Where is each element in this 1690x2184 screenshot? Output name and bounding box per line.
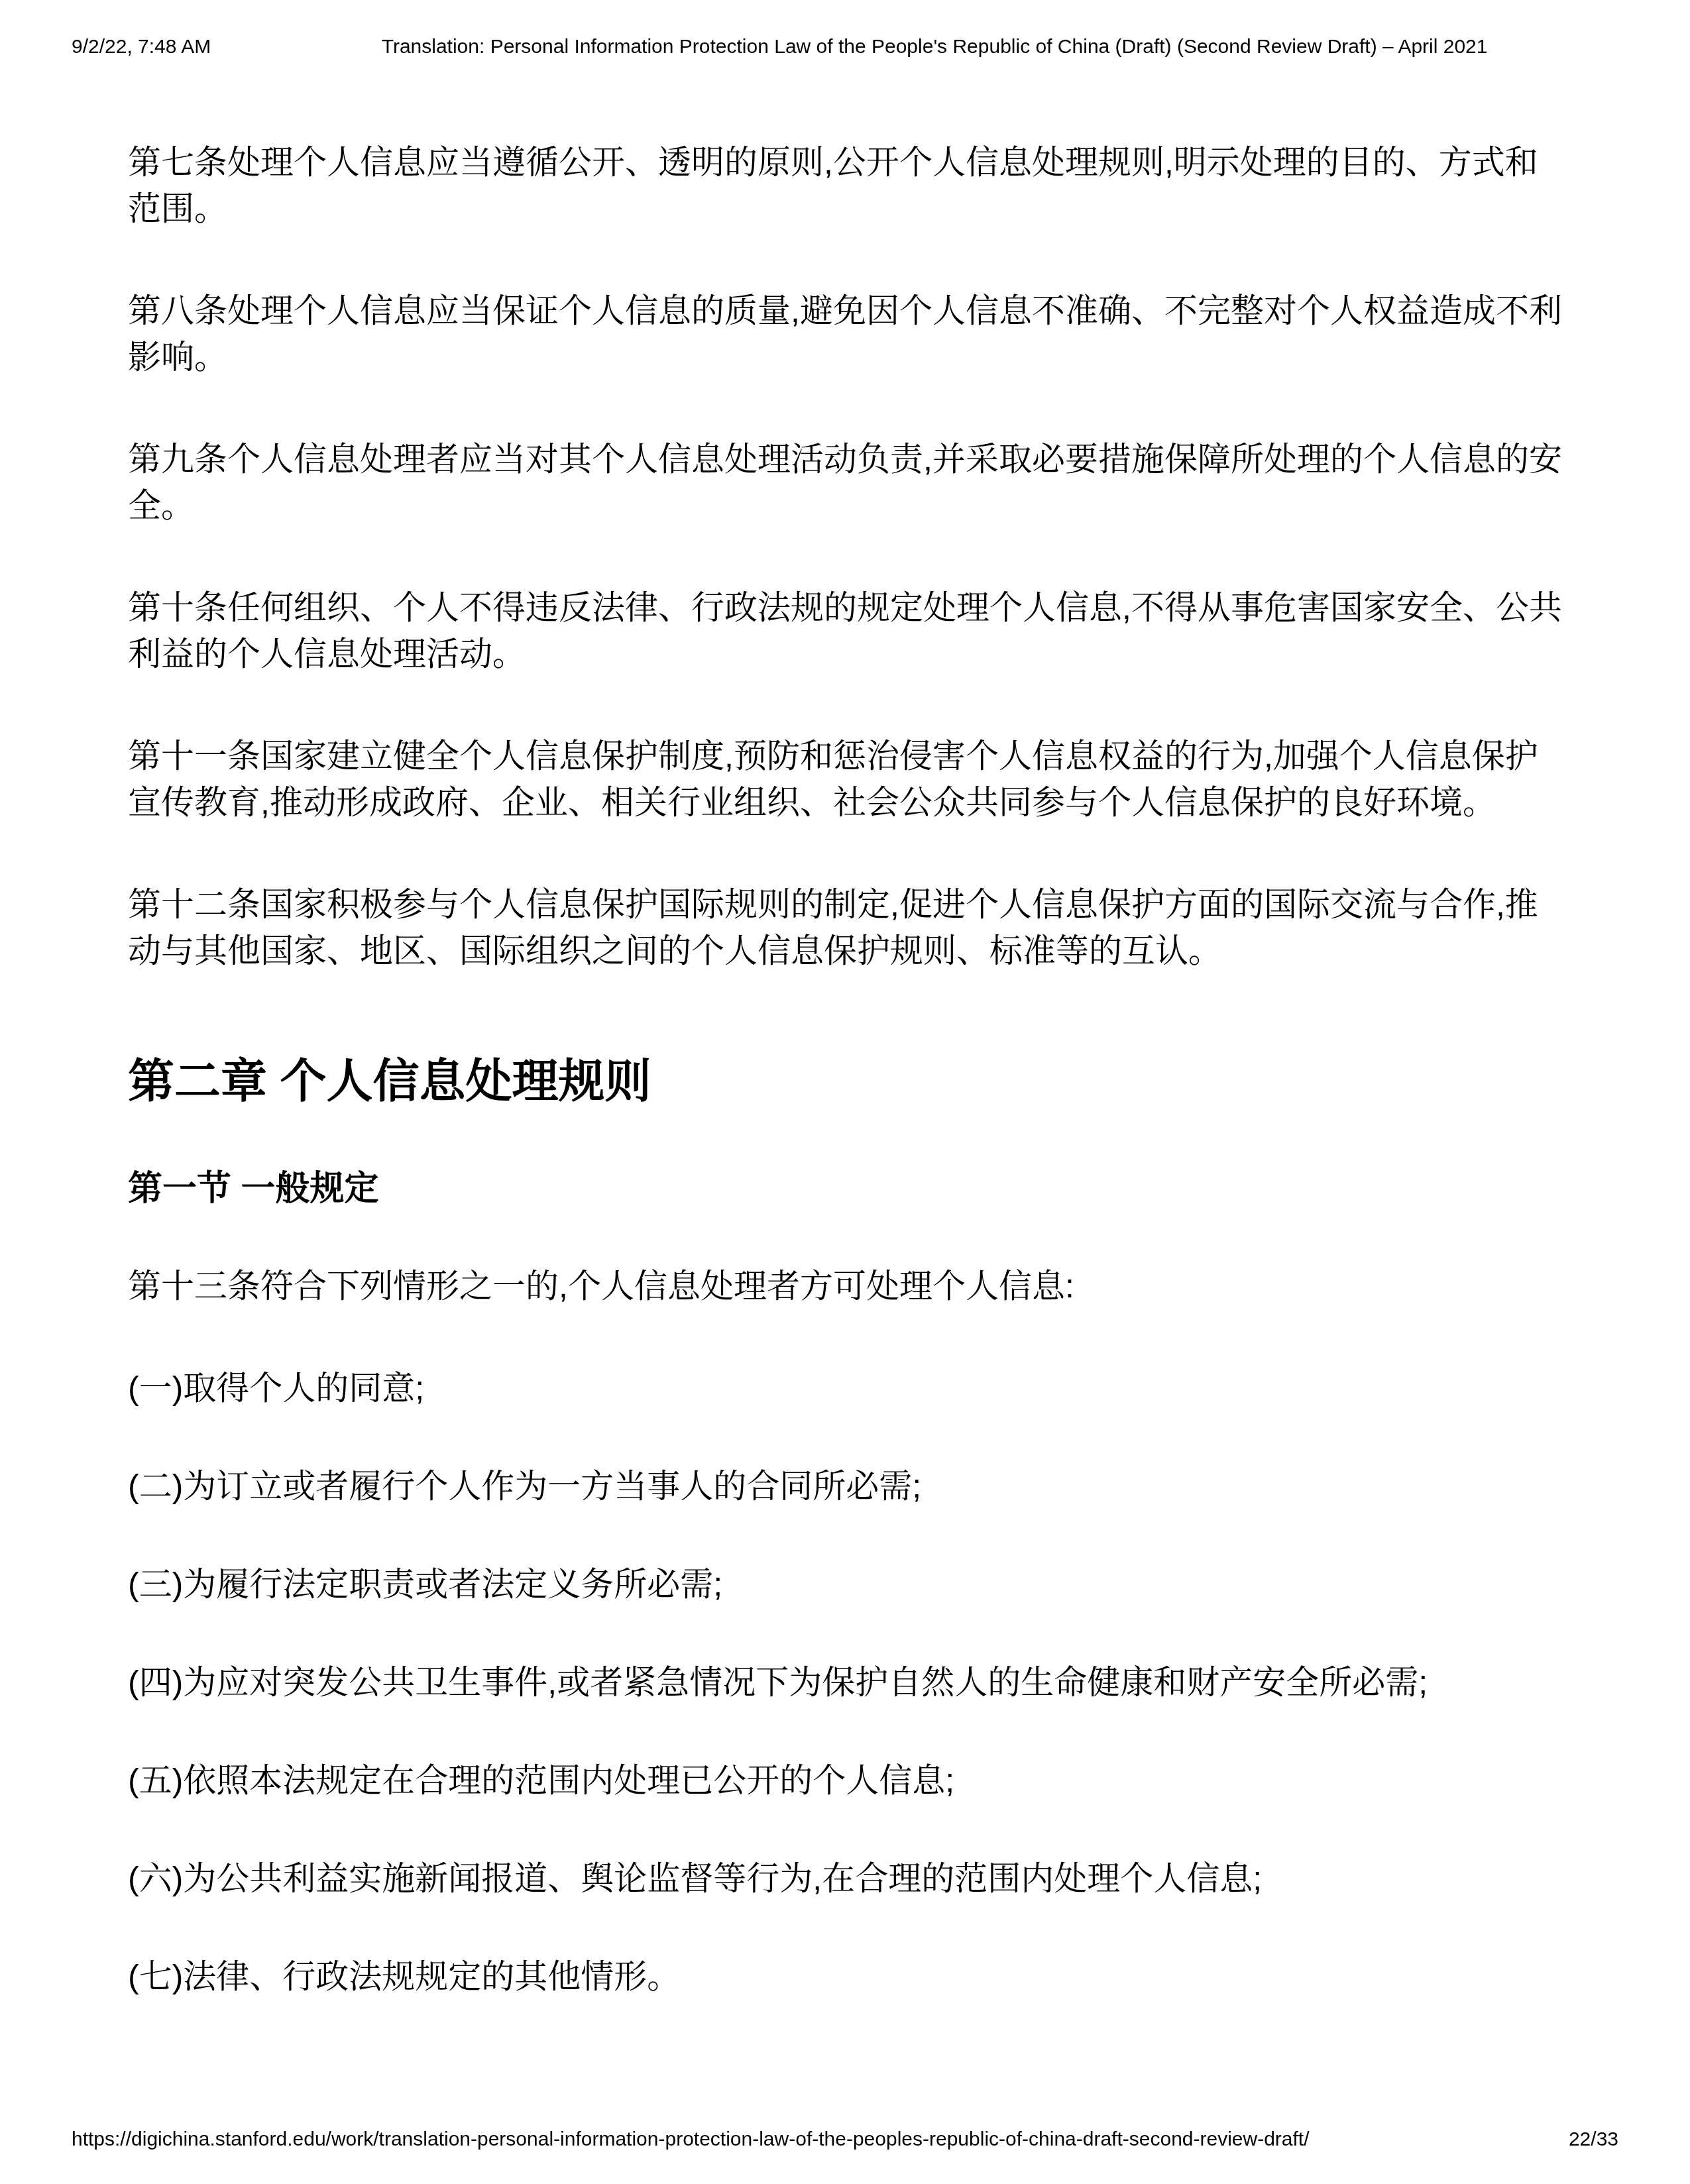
paragraph-article-9: 第九条个人信息处理者应当对其个人信息处理活动负责,并采取必要措施保障所处理的个人… (128, 436, 1565, 529)
article-13-item-5: (五)依照本法规定在合理的范围内处理已公开的个人信息; (128, 1757, 1565, 1804)
print-footer: https://digichina.stanford.edu/work/tran… (72, 2127, 1618, 2152)
paragraph-article-10: 第十条任何组织、个人不得违反法律、行政法规的规定处理个人信息,不得从事危害国家安… (128, 584, 1565, 677)
print-header-datetime: 9/2/22, 7:48 AM (72, 34, 211, 60)
article-13-item-3: (三)为履行法定职责或者法定义务所必需; (128, 1561, 1565, 1608)
print-header-title: Translation: Personal Information Protec… (211, 34, 1618, 60)
chapter-heading: 第二章 个人信息处理规则 (128, 1054, 1565, 1109)
document-body: 第七条处理个人信息应当遵循公开、透明的原则,公开个人信息处理规则,明示处理的目的… (128, 139, 1565, 2051)
article-13-item-4: (四)为应对突发公共卫生事件,或者紧急情况下为保护自然人的生命健康和财产安全所必… (128, 1659, 1565, 1706)
printed-document-page: 9/2/22, 7:48 AM Translation: Personal In… (0, 0, 1690, 2184)
paragraph-article-7: 第七条处理个人信息应当遵循公开、透明的原则,公开个人信息处理规则,明示处理的目的… (128, 139, 1565, 232)
print-header: 9/2/22, 7:48 AM Translation: Personal In… (72, 34, 1618, 60)
paragraph-article-11: 第十一条国家建立健全个人信息保护制度,预防和惩治侵害个人信息权益的行为,加强个人… (128, 733, 1565, 826)
article-13-item-7: (七)法律、行政法规规定的其他情形。 (128, 1953, 1565, 2000)
section-heading: 第一节 一般规定 (128, 1168, 1565, 1210)
print-footer-page-number: 22/33 (1569, 2127, 1618, 2152)
article-13-item-6: (六)为公共利益实施新闻报道、舆论监督等行为,在合理的范围内处理个人信息; (128, 1855, 1565, 1902)
article-13-item-1: (一)取得个人的同意; (128, 1365, 1565, 1411)
paragraph-article-13-intro: 第十三条符合下列情形之一的,个人信息处理者方可处理个人信息: (128, 1263, 1565, 1309)
paragraph-article-8: 第八条处理个人信息应当保证个人信息的质量,避免因个人信息不准确、不完整对个人权益… (128, 288, 1565, 380)
article-13-item-2: (二)为订立或者履行个人作为一方当事人的合同所必需; (128, 1463, 1565, 1509)
paragraph-article-12: 第十二条国家积极参与个人信息保护国际规则的制定,促进个人信息保护方面的国际交流与… (128, 881, 1565, 974)
print-footer-url: https://digichina.stanford.edu/work/tran… (72, 2127, 1363, 2152)
